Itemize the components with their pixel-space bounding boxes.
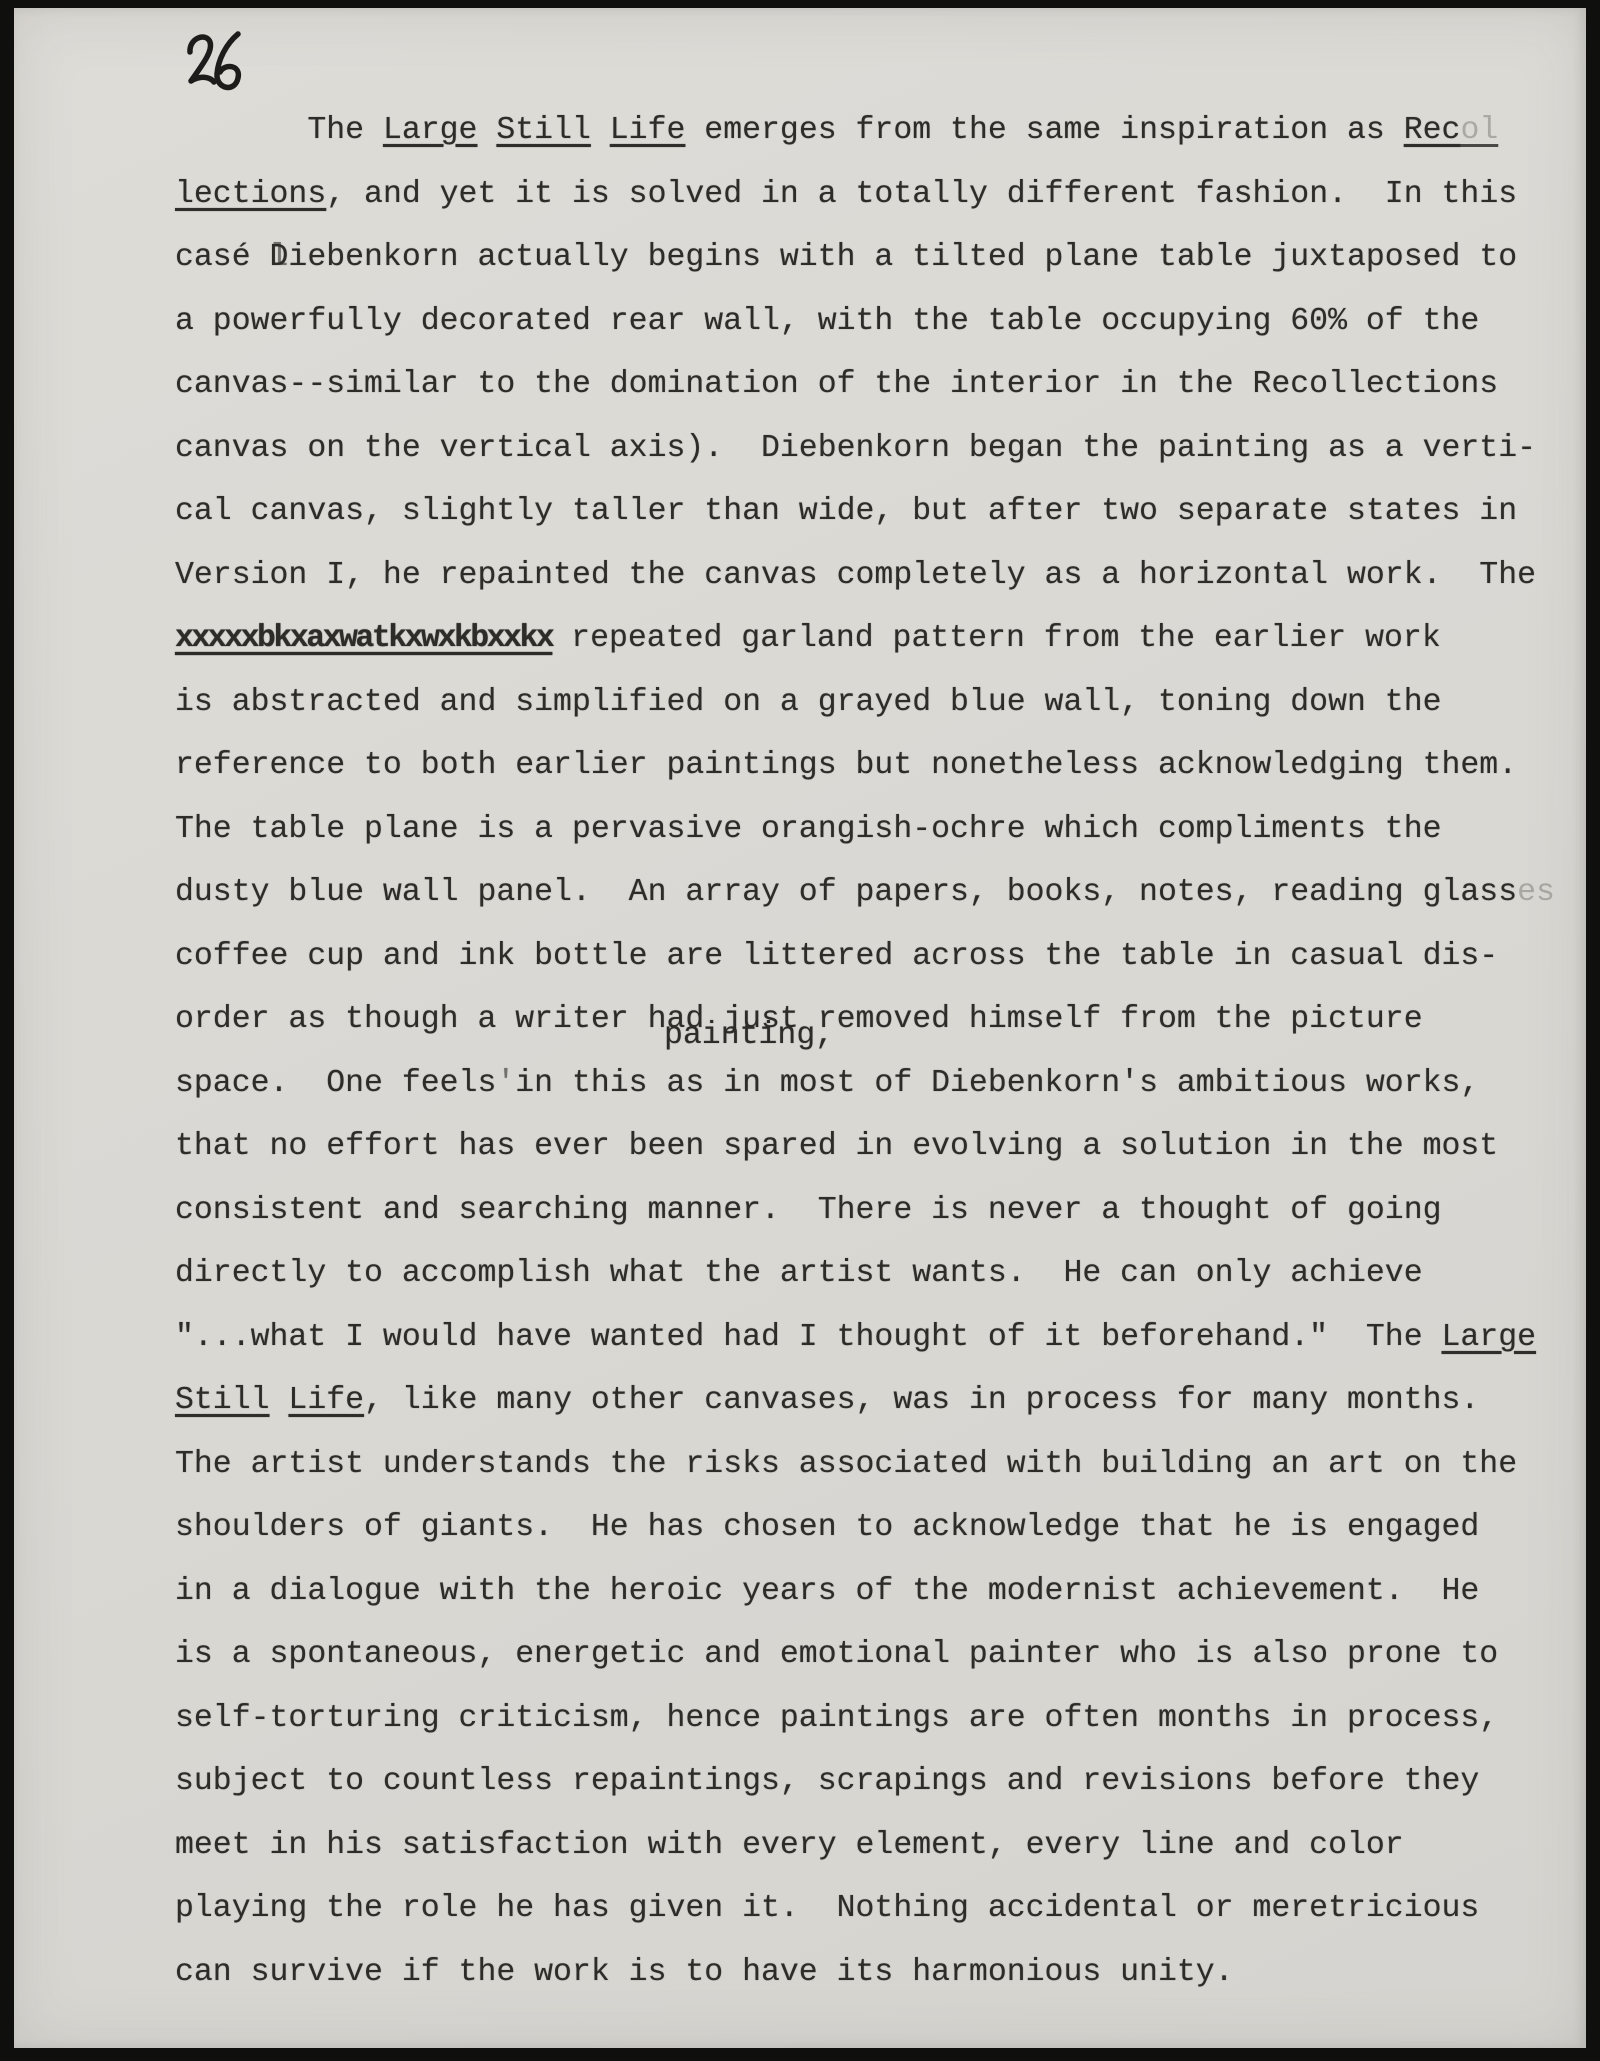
typescript-segment: The artist understands the risks associa… bbox=[175, 1447, 1517, 1482]
typescript-line: reference to both earlier paintings but … bbox=[175, 734, 1550, 798]
typescript-segment: Life bbox=[288, 1383, 364, 1418]
typescript-line: casé lDiebenkorn actually begins with a … bbox=[175, 226, 1550, 290]
typescript-segment: Still bbox=[496, 113, 591, 148]
typescript-line: canvas--similar to the domination of the… bbox=[175, 353, 1550, 417]
typescript-segment: casé bbox=[175, 240, 270, 275]
typescript-line: can survive if the work is to have its h… bbox=[175, 1941, 1550, 2005]
typescript-line: in a dialogue with the heroic years of t… bbox=[175, 1560, 1550, 1624]
typescript-segment: canvas--similar to the domination of the… bbox=[175, 367, 1498, 402]
typescript-segment: emerges from the same inspiration as bbox=[685, 113, 1403, 148]
typescript-segment: is a spontaneous, energetic and emotiona… bbox=[175, 1637, 1498, 1672]
typescript-segment: in this as in most of Diebenkorn's ambit… bbox=[496, 1066, 1479, 1101]
typescript-line: cal canvas, slightly taller than wide, b… bbox=[175, 480, 1550, 544]
typescript-segment: repeated garland pattern from the earlie… bbox=[552, 621, 1440, 656]
typescript-body: The Large Still Life emerges from the sa… bbox=[175, 99, 1550, 2004]
typescript-segment: lections bbox=[175, 177, 326, 212]
typescript-line: space. One feels' in this as in most of … bbox=[175, 1052, 1550, 1116]
typescript-segment: Life bbox=[610, 113, 686, 148]
typescript-segment: xxxxxbkxaxwatkxwxkbxxkx bbox=[175, 621, 552, 656]
typescript-segment: ol bbox=[1460, 113, 1498, 148]
typescript-segment: es bbox=[1517, 875, 1555, 910]
typescript-segment bbox=[270, 1383, 289, 1418]
typescript-segment: subject to countless repaintings, scrapi… bbox=[175, 1764, 1479, 1799]
typescript-line: that no effort has ever been spared in e… bbox=[175, 1115, 1550, 1179]
typescript-line: canvas on the vertical axis). Diebenkorn… bbox=[175, 417, 1550, 481]
typescript-segment: , and yet it is solved in a totally diff… bbox=[326, 177, 1517, 212]
typescript-line: consistent and searching manner. There i… bbox=[175, 1179, 1550, 1243]
typescript-line: The artist understands the risks associa… bbox=[175, 1433, 1550, 1497]
typescript-line: coffee cup and ink bottle are littered a… bbox=[175, 925, 1550, 989]
typescript-segment: Large bbox=[1442, 1320, 1537, 1355]
typescript-segment: Diebenkorn actually begins with a tilted… bbox=[270, 240, 1518, 275]
typescript-segment: directly to accomplish what the artist w… bbox=[175, 1256, 1423, 1291]
typescript-line: order as though a writer had just remove… bbox=[175, 988, 1550, 1052]
typescript-line: is abstracted and simplified on a grayed… bbox=[175, 671, 1550, 735]
typescript-segment: that no effort has ever been spared in e… bbox=[175, 1129, 1498, 1164]
typescript-segment: space. One feels bbox=[175, 1066, 496, 1101]
typescript-line: meet in his satisfaction with every elem… bbox=[175, 1814, 1550, 1878]
typescript-line: The Large Still Life emerges from the sa… bbox=[175, 99, 1550, 163]
typescript-segment: is abstracted and simplified on a grayed… bbox=[175, 685, 1442, 720]
typescript-segment: in a dialogue with the heroic years of t… bbox=[175, 1574, 1479, 1609]
typescript-line: self-torturing criticism, hence painting… bbox=[175, 1687, 1550, 1751]
typescript-segment: playing the role he has given it. Nothin… bbox=[175, 1891, 1479, 1926]
typescript-segment: Version I, he repainted the canvas compl… bbox=[175, 558, 1536, 593]
typescript-segment: , like many other canvases, was in proce… bbox=[364, 1383, 1479, 1418]
typescript-line: subject to countless repaintings, scrapi… bbox=[175, 1750, 1550, 1814]
typescript-segment: Large bbox=[383, 113, 478, 148]
typescript-segment: "...what I would have wanted had I thoug… bbox=[175, 1320, 1442, 1355]
typescript-segment: Still bbox=[175, 1383, 270, 1418]
typescript-line: directly to accomplish what the artist w… bbox=[175, 1242, 1550, 1306]
typescript-segment: dusty blue wall panel. An array of paper… bbox=[175, 875, 1517, 910]
typescript-line: dusty blue wall panel. An array of paper… bbox=[175, 861, 1550, 925]
typescript-line: "...what I would have wanted had I thoug… bbox=[175, 1306, 1550, 1370]
typescript-line: playing the role he has given it. Nothin… bbox=[175, 1877, 1550, 1941]
typescript-line: lections, and yet it is solved in a tota… bbox=[175, 163, 1550, 227]
typescript-line: The table plane is a pervasive orangish-… bbox=[175, 798, 1550, 862]
typescript-segment: cal canvas, slightly taller than wide, b… bbox=[175, 494, 1517, 529]
typescript-segment: a powerfully decorated rear wall, with t… bbox=[175, 304, 1479, 339]
typescript-line: a powerfully decorated rear wall, with t… bbox=[175, 290, 1550, 354]
typescript-line: Still Life, like many other canvases, wa… bbox=[175, 1369, 1550, 1433]
scan-background: { "page": { "number": "26", "colors": { … bbox=[0, 0, 1600, 2061]
typescript-segment: Rec bbox=[1404, 113, 1461, 148]
typescript-segment: canvas on the vertical axis). Diebenkorn… bbox=[175, 431, 1536, 466]
typescript-line: shoulders of giants. He has chosen to ac… bbox=[175, 1496, 1550, 1560]
interlinear-insertion: painting, bbox=[664, 1020, 834, 1052]
typescript-segment: can survive if the work is to have its h… bbox=[175, 1955, 1234, 1990]
typescript-segment: The table plane is a pervasive orangish-… bbox=[175, 812, 1442, 847]
typescript-segment: meet in his satisfaction with every elem… bbox=[175, 1828, 1404, 1863]
typescript-line: Version I, he repainted the canvas compl… bbox=[175, 544, 1550, 608]
typescript-segment: coffee cup and ink bottle are littered a… bbox=[175, 939, 1498, 974]
typescript-segment: The bbox=[175, 113, 383, 148]
typescript-segment: reference to both earlier paintings but … bbox=[175, 748, 1517, 783]
typescript-page: 26 The Large Still Life emerges from the… bbox=[14, 8, 1586, 2048]
handwritten-page-number: 26 bbox=[180, 26, 252, 104]
typescript-segment bbox=[477, 113, 496, 148]
typescript-line: xxxxxbkxaxwatkxwxkbxxkx repeated garland… bbox=[175, 607, 1550, 671]
typescript-segment: consistent and searching manner. There i… bbox=[175, 1193, 1442, 1228]
typescript-segment: shoulders of giants. He has chosen to ac… bbox=[175, 1510, 1479, 1545]
handwritten-26-icon bbox=[180, 26, 252, 104]
typescript-line: is a spontaneous, energetic and emotiona… bbox=[175, 1623, 1550, 1687]
typescript-segment bbox=[591, 113, 610, 148]
typescript-segment: self-torturing criticism, hence painting… bbox=[175, 1701, 1498, 1736]
